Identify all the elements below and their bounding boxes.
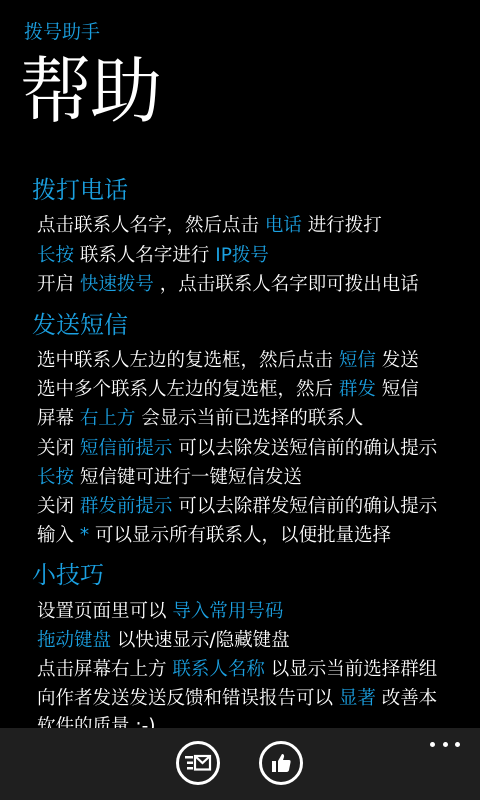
help-text: 以显示当前选择群组 [265, 659, 437, 680]
page-title: 帮助 [20, 48, 160, 134]
help-text: 进行拨打 [302, 215, 382, 236]
send-feedback-icon [184, 752, 212, 774]
highlight-keyword: 导入常用号码 [172, 601, 283, 622]
help-text: 开启 [37, 274, 80, 295]
more-dot-icon [455, 742, 460, 747]
help-text: 点击联系人名字，然后点击 [37, 215, 265, 236]
help-text: 向作者发送发送反馈和错误报告可以 [37, 688, 339, 709]
highlight-keyword: 群发 [339, 379, 376, 400]
help-line: 开启 快速拨号 ，点击联系人名字即可拨出电话 [37, 272, 419, 298]
highlight-keyword: * [80, 525, 89, 546]
help-line: 长按 短信键可进行一键短信发送 [37, 465, 302, 491]
help-line: 关闭 群发前提示 可以去除群发短信前的确认提示 [37, 494, 437, 520]
help-text: 可以去除发送短信前的确认提示 [172, 438, 437, 459]
help-text: 设置页面里可以 [37, 601, 172, 622]
help-text: 改善本 [376, 688, 437, 709]
help-text: 会显示当前已选择的联系人 [135, 408, 363, 429]
more-options-button[interactable] [430, 740, 460, 748]
help-line: 点击联系人名字，然后点击 电话 进行拨打 [37, 213, 382, 239]
help-line: 点击屏幕右上方 联系人名称 以显示当前选择群组 [37, 657, 437, 683]
help-text: 可以显示所有联系人，以便批量选择 [89, 525, 391, 546]
help-text: 短信 [376, 379, 419, 400]
help-text: 选中多个联系人左边的复选框，然后 [37, 379, 339, 400]
thumbs-up-icon [270, 752, 292, 774]
send-feedback-button[interactable] [176, 741, 220, 785]
help-text: 点击屏幕右上方 [37, 659, 172, 680]
help-text: 输入 [37, 525, 80, 546]
section-title-call: 拨打电话 [32, 174, 128, 206]
help-text: 关闭 [37, 438, 80, 459]
help-line: 长按 联系人名字进行 IP拨号 [37, 243, 269, 269]
highlight-keyword: 右上方 [80, 408, 136, 429]
more-dot-icon [430, 742, 435, 747]
help-text: 以快速显示/隐藏键盘 [111, 630, 290, 651]
more-dot-icon [443, 742, 448, 747]
help-text: 软件的质量 :-) [37, 716, 156, 728]
help-line: 关闭 短信前提示 可以去除发送短信前的确认提示 [37, 436, 437, 462]
section-title-sms: 发送短信 [32, 309, 128, 341]
help-line: 向作者发送发送反馈和错误报告可以 显著 改善本 [37, 686, 437, 712]
help-text: 选中联系人左边的复选框，然后点击 [37, 350, 339, 371]
help-line: 输入 * 可以显示所有联系人，以便批量选择 [37, 523, 391, 549]
help-line: 拖动键盘 以快速显示/隐藏键盘 [37, 628, 290, 654]
help-text: 发送 [376, 350, 419, 371]
highlight-keyword: 联系人名称 [172, 659, 265, 680]
highlight-keyword: 快速拨号 [80, 274, 154, 295]
help-text: ，点击联系人名字即可拨出电话 [154, 274, 419, 295]
help-line: 屏幕 右上方 会显示当前已选择的联系人 [37, 406, 363, 432]
help-line: 软件的质量 :-) [37, 714, 156, 728]
highlight-keyword: 拖动键盘 [37, 630, 111, 651]
app-title: 拨号助手 [24, 20, 100, 44]
highlight-keyword: 长按 [37, 467, 74, 488]
highlight-keyword: 群发前提示 [80, 496, 173, 517]
highlight-keyword: 短信 [339, 350, 376, 371]
app-bar [0, 728, 480, 800]
highlight-keyword: 显著 [339, 688, 376, 709]
help-line: 设置页面里可以 导入常用号码 [37, 599, 283, 625]
help-text: 关闭 [37, 496, 80, 517]
help-text: 联系人名字进行 [74, 245, 215, 266]
section-title-tips: 小技巧 [32, 559, 104, 591]
highlight-keyword: 长按 [37, 245, 74, 266]
help-line: 选中多个联系人左边的复选框，然后 群发 短信 [37, 377, 419, 403]
help-text: 可以去除群发短信前的确认提示 [172, 496, 437, 517]
help-text: 屏幕 [37, 408, 80, 429]
highlight-keyword: IP拨号 [215, 245, 269, 266]
help-content[interactable]: 拨打电话 点击联系人名字，然后点击 电话 进行拨打 长按 联系人名字进行 IP拨… [0, 168, 480, 728]
help-text: 短信键可进行一键短信发送 [74, 467, 302, 488]
highlight-keyword: 电话 [265, 215, 302, 236]
highlight-keyword: 短信前提示 [80, 438, 173, 459]
rate-app-button[interactable] [259, 741, 303, 785]
help-line: 选中联系人左边的复选框，然后点击 短信 发送 [37, 348, 419, 374]
